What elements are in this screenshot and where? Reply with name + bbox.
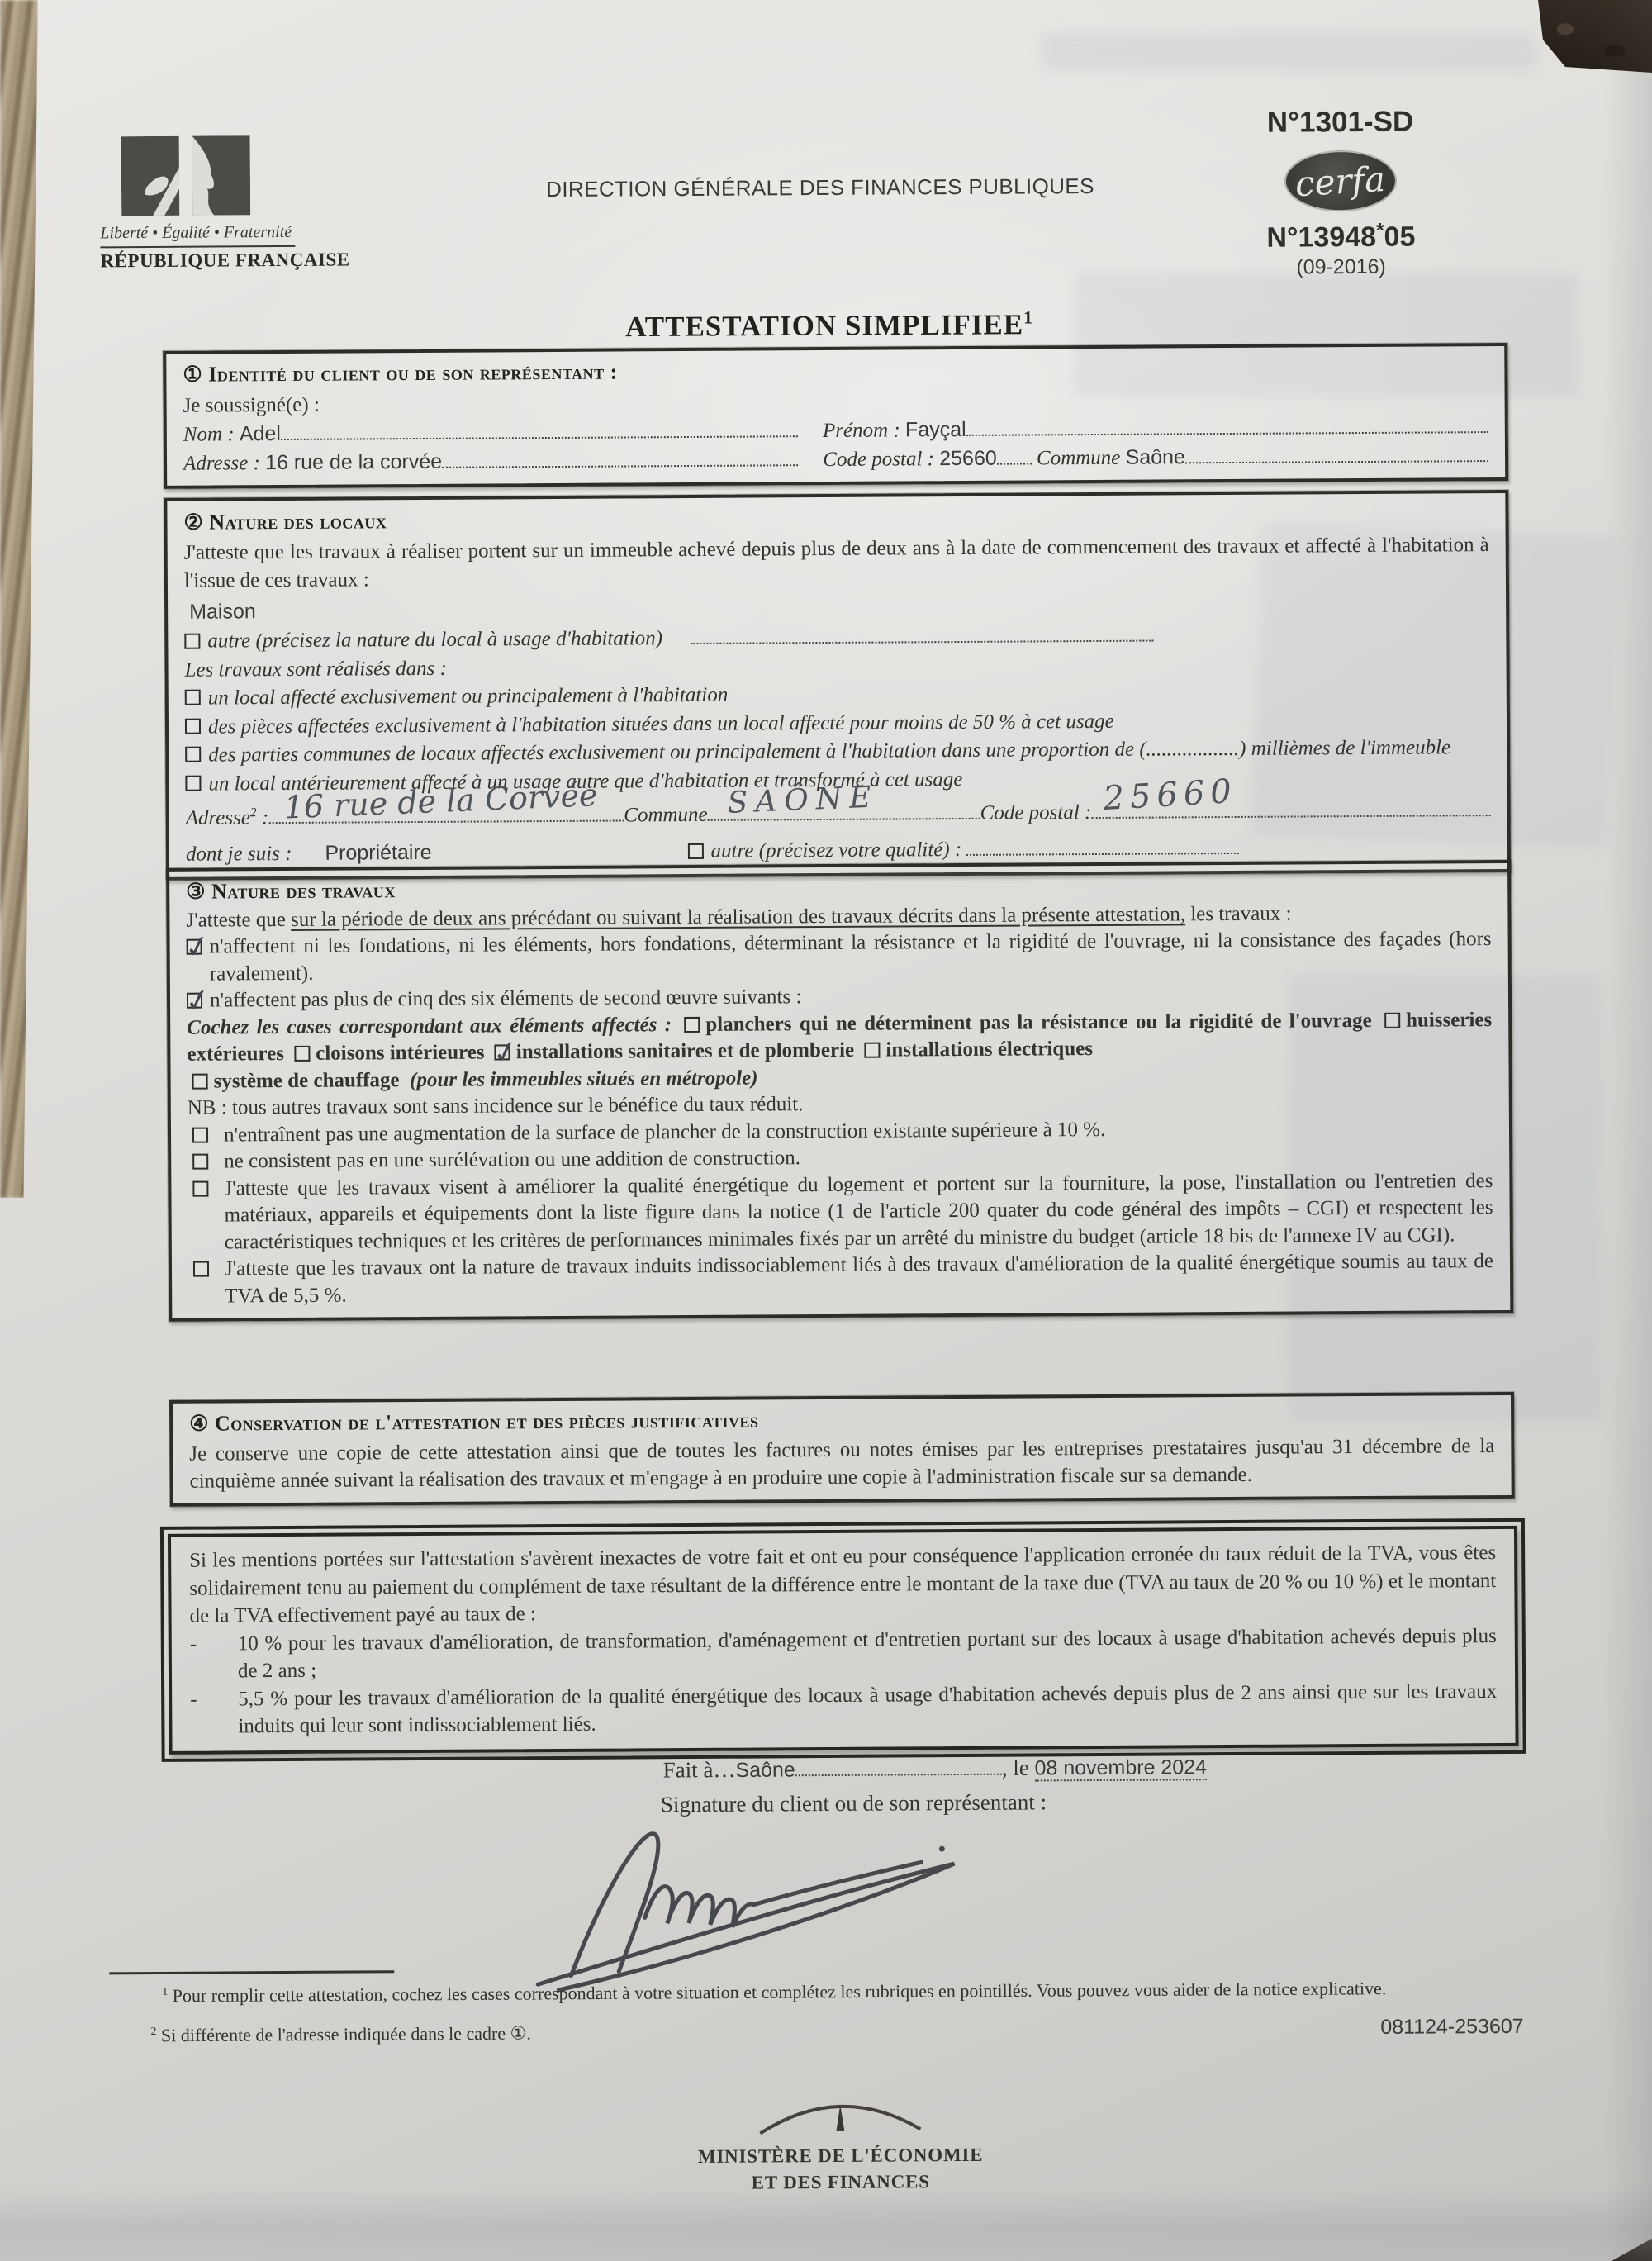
travaux-item3-text: n'entraînent pas une augmentation de la … — [216, 1117, 1105, 1149]
dont-je-suis-label: dont je suis : — [186, 840, 292, 869]
ministry-line1: MINISTÈRE DE L'ÉCONOMIE — [7, 2140, 1652, 2172]
section-conservation: ④ Conservation de l'attestation et des p… — [169, 1392, 1515, 1507]
fait-a-label: Fait à… — [663, 1757, 736, 1783]
travaux-item2-checkbox — [187, 993, 202, 1009]
fait-date-value: 08 novembre 2024 — [1034, 1755, 1207, 1781]
le-label: , le — [1002, 1755, 1035, 1780]
fait-a-line: Fait à…Saône, le 08 novembre 2024 — [663, 1754, 1207, 1783]
commune2-dotted-line: SAÔNE — [708, 799, 980, 821]
travaux-item2-text: n'affectent pas plus de cinq des six élé… — [210, 984, 802, 1014]
autre-local-label: autre (précisez la nature du local à usa… — [207, 628, 662, 653]
ministry-footer: MINISTÈRE DE L'ÉCONOMIE ET DES FINANCES — [6, 2083, 1652, 2198]
section2-intro: J'atteste que les travaux à réaliser por… — [184, 531, 1489, 596]
warning-intro: Si les mentions portées sur l'attestatio… — [189, 1539, 1497, 1630]
local-item4-checkbox — [185, 775, 201, 791]
commune1-dotted-line — [1185, 444, 1488, 464]
nom-dotted-line — [281, 419, 798, 440]
travaux-item6-text: J'atteste que les travaux ont la nature … — [216, 1248, 1493, 1309]
document-serial-number: 081124-253607 — [1380, 2015, 1524, 2040]
element-planchers-checkbox — [684, 1017, 700, 1033]
section-nature-travaux: ③ Nature des travaux J'atteste que sur l… — [166, 860, 1513, 1322]
autre-local-checkbox — [184, 634, 200, 649]
autre-local-dots — [691, 623, 1153, 644]
local-item3-checkbox — [185, 747, 201, 762]
nom-value: Adel — [240, 420, 281, 448]
travaux-item1-checkbox — [187, 939, 202, 955]
element-electriques-checkbox — [864, 1043, 880, 1058]
footnote-1: 1 Pour remplir cette attestation, cochez… — [162, 1977, 1533, 2007]
commune1-label: Commune — [1037, 444, 1121, 473]
form-number: N°1301-SD — [1232, 105, 1447, 140]
commune1-value: Saône — [1126, 444, 1185, 472]
local-item2-checkbox — [185, 718, 201, 734]
element-cloisons-label: cloisons intérieures — [316, 1042, 485, 1065]
travaux-item-row: n'affectent ni les fondations, ni les él… — [187, 926, 1492, 988]
prenom-value: Fayçal — [905, 416, 966, 444]
footnote-2: 2 Si différente de l'adresse indiquée da… — [151, 2022, 531, 2046]
travaux-item5-text: J'atteste que les travaux visent à améli… — [216, 1168, 1493, 1256]
adresse2-label: Adresse2 : — [186, 804, 269, 833]
section1-heading: ① Identité du client ou de son représent… — [183, 353, 1488, 389]
element-sanitaires-label: installations sanitaires et de plomberie — [516, 1039, 854, 1063]
travaux-item6-checkbox — [193, 1261, 209, 1277]
cerfa-version: (09-2016) — [1234, 254, 1449, 280]
cp1-dots — [997, 446, 1032, 465]
adresse1-value: 16 rue de la corvée — [265, 449, 442, 477]
travaux-item4-text: ne consistent pas en une surélévation ou… — [216, 1145, 800, 1176]
commune2-label: Commune — [624, 801, 708, 830]
autre-qualite-dots — [966, 835, 1239, 856]
nom-label: Nom : — [183, 421, 235, 449]
adresse2-dotted-line: 16 rue de la Corvée — [268, 801, 624, 824]
cerfa-logo-text: cerfa — [1294, 159, 1387, 204]
commune2-handwritten: SAÔNE — [727, 777, 880, 824]
element-chauffage-suffix: (pour les immeubles situés en métropole) — [405, 1066, 758, 1091]
prenom-label: Prénom : — [823, 417, 900, 445]
cerfa-number: N°13948*05 — [1233, 219, 1448, 254]
direction-generale-title: DIRECTION GÉNÉRALE DES FINANCES PUBLIQUE… — [490, 173, 1151, 203]
section-nature-locaux: ② Nature des locaux J'atteste que les tr… — [164, 490, 1511, 881]
cp2-handwritten: 25660 — [1102, 769, 1238, 823]
adresse1-label: Adresse : — [183, 449, 260, 477]
adresse-travaux-row: Adresse2 : 16 rue de la Corvée Commune S… — [186, 796, 1491, 833]
element-chauffage-label: système de chauffage — [214, 1069, 400, 1092]
element-huisseries-checkbox — [1384, 1013, 1400, 1028]
element-cloisons-checkbox — [294, 1046, 310, 1062]
local-item1-checkbox — [185, 690, 201, 705]
travaux-item3-checkbox — [192, 1127, 208, 1142]
form-numbers-block: N°1301-SD cerfa N°13948*05 (09-2016) — [1232, 105, 1448, 280]
section-identite-client: ① Identité du client ou de son représent… — [163, 343, 1508, 489]
warning-box: Si les mentions portées sur l'attestatio… — [168, 1526, 1519, 1754]
element-planchers-label: planchers qui ne déterminent pas la rési… — [705, 1009, 1372, 1036]
travaux-item-row: J'atteste que les travaux visent à améli… — [188, 1168, 1493, 1256]
travaux-item-row: J'atteste que les travaux ont la nature … — [188, 1248, 1493, 1310]
republique-francaise-logo: Liberté • Égalité • Fraternité RÉPUBLIQU… — [100, 135, 299, 272]
adresse1-dotted-line — [442, 448, 798, 468]
elements-affectes-paragraph: Cochez les cases correspondant aux éléme… — [187, 1007, 1492, 1069]
footnote-separator — [109, 1970, 394, 1974]
travaux-item5-checkbox — [192, 1180, 208, 1196]
travaux-item1-text: n'affectent ni les fondations, ni les él… — [210, 926, 1492, 987]
element-electriques-label: installations électriques — [885, 1038, 1093, 1062]
motto-rule — [100, 245, 295, 248]
prenom-dotted-line — [966, 415, 1488, 436]
fait-place-value: Saône — [735, 1759, 795, 1782]
local-item1-text: un local affecté exclusivement ou princi… — [208, 682, 729, 713]
element-chauffage-checkbox — [192, 1073, 208, 1089]
cochez-lead: Cochez les cases correspondant aux éléme… — [187, 1014, 672, 1039]
warning-bullet-1: - 10 % pour les travaux d'amélioration, … — [190, 1622, 1497, 1686]
ministry-line2: ET DES FINANCES — [7, 2167, 1652, 2198]
element-sanitaires-checkbox — [495, 1045, 510, 1061]
intro-underlined: sur la période de deux ans précédant ou … — [291, 903, 1185, 931]
travaux-item4-checkbox — [192, 1154, 208, 1170]
motto-text: Liberté • Égalité • Fraternité — [100, 223, 298, 243]
ministry-arc-icon — [745, 2088, 935, 2140]
document-title: ATTESTATION SIMPLIFIEE1 — [0, 304, 1652, 348]
footnote-2-row: 2 Si différente de l'adresse indiquée da… — [151, 2015, 1539, 2047]
republique-francaise-text: RÉPUBLIQUE FRANÇAISE — [100, 249, 298, 272]
qualite-value: Propriétaire — [325, 838, 431, 867]
cp2-dotted-line: 25660 — [1091, 796, 1490, 819]
section4-body: Je conserve une copie de cette attestati… — [189, 1432, 1494, 1495]
autre-qualite-label: autre (précisez votre qualité) : — [711, 838, 962, 862]
marianne-icon — [121, 135, 299, 217]
autre-qualite-checkbox — [688, 843, 704, 859]
cp1-label: Code postal : — [823, 445, 934, 473]
warning-bullet-2: - 5,5 % pour les travaux d'amélioration … — [190, 1678, 1497, 1741]
cp2-label: Code postal : — [980, 799, 1092, 828]
cp1-value: 25660 — [939, 445, 997, 473]
fait-dots — [795, 1755, 1002, 1777]
cerfa-logo: cerfa — [1284, 150, 1397, 212]
